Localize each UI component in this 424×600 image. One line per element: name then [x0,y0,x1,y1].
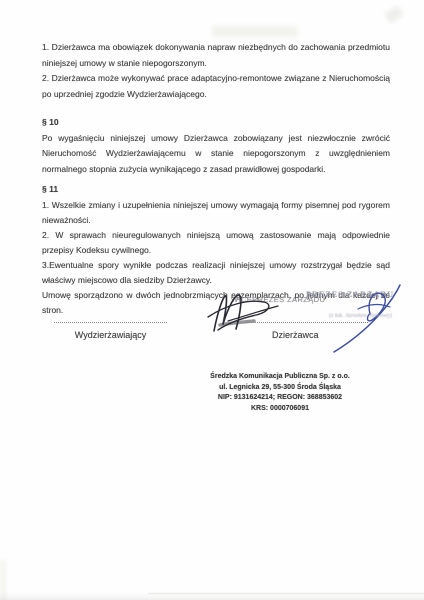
page-bottom-shadow [0,592,424,600]
clause-repairs: 1. Dzierżawca ma obowiązek dokonywania n… [42,40,390,71]
lessor-signature-line [54,322,167,323]
lessee-signature-line [246,322,368,323]
company-stamp-nip-regon: NIP: 9131624214; REGON: 368853602 [180,393,380,404]
section-11-item-2: 2. W sprawach nieuregulowanych niniejszą… [42,228,390,258]
president-signature [322,282,407,364]
section-10-heading: § 10 [42,115,390,131]
section-10-body: Po wygaśnięciu niniejszej umowy Dzierżaw… [42,131,390,178]
contract-page: 1. Dzierżawca ma obowiązek dokonywania n… [0,0,424,600]
scan-artifact-left-edge [0,560,6,600]
contract-body: 1. Dzierżawca ma obowiązek dokonywania n… [0,0,424,318]
handwritten-name-note: (z łuk. Jarosław Stawowy) [329,313,404,319]
company-stamp-name: Średzka Komunikacja Publiczna Sp. z o.o. [180,372,380,383]
section-11-heading: § 11 [42,182,390,198]
clause-adaptation-works: 2. Dzierżawca może wykonywać prace adapt… [42,71,390,102]
page-bottom-edge-line [148,593,424,594]
section-11-item-1: 1. Wszelkie zmiany i uzupełnienia niniej… [42,198,390,228]
company-stamp-krs: KRS: 0000706091 [180,404,380,415]
company-stamp: Średzka Komunikacja Publiczna Sp. z o.o.… [180,372,380,414]
lessee-label: Dzierżawca [272,330,319,340]
lessor-label: Wydzierżawiający [54,330,167,340]
company-stamp-address: ul. Legnicka 29, 55-300 Środa Śląska [180,383,380,394]
